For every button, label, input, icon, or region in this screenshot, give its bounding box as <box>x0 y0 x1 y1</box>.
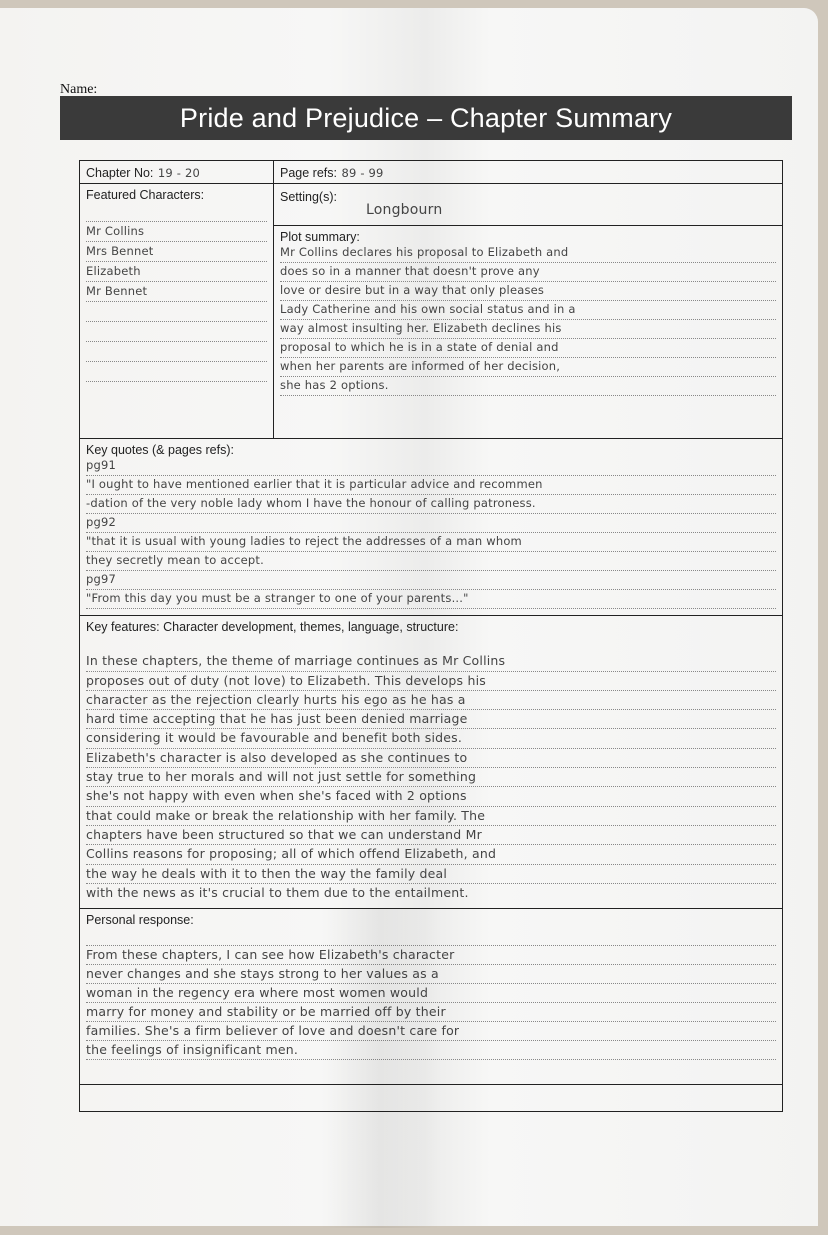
chapter-value[interactable]: 19 - 20 <box>158 166 200 180</box>
character-line[interactable]: Mr Collins <box>86 222 267 242</box>
worksheet-paper: Name: Pride and Prejudice – Chapter Summ… <box>0 8 818 1226</box>
key-features-label: Key features: Character development, the… <box>86 620 776 634</box>
characters-setting-plot-row: Featured Characters: Mr Collins Mrs Benn… <box>80 184 782 439</box>
character-line[interactable] <box>86 342 267 362</box>
chapter-label: Chapter No: <box>86 166 153 180</box>
feature-line[interactable]: character as the rejection clearly hurts… <box>86 691 776 710</box>
chapter-cell: Chapter No: 19 - 20 <box>80 161 274 183</box>
character-line[interactable]: Mrs Bennet <box>86 242 267 262</box>
key-quotes-section: Key quotes (& pages refs): pg91 "I ought… <box>80 439 782 616</box>
summary-form: Chapter No: 19 - 20 Page refs: 89 - 99 F… <box>79 160 783 1112</box>
feature-line[interactable]: Elizabeth's character is also developed … <box>86 749 776 768</box>
character-line[interactable]: Elizabeth <box>86 262 267 282</box>
plot-line[interactable]: love or desire but in a way that only pl… <box>280 282 776 301</box>
page-refs-cell: Page refs: 89 - 99 <box>274 161 782 183</box>
feature-line[interactable] <box>86 634 776 652</box>
response-line[interactable]: From these chapters, I can see how Eliza… <box>86 946 776 965</box>
page-refs-value[interactable]: 89 - 99 <box>341 166 383 180</box>
feature-line[interactable]: with the news as it's crucial to them du… <box>86 884 776 902</box>
quote-line[interactable]: pg92 <box>86 514 776 533</box>
plot-line[interactable]: she has 2 options. <box>280 377 776 396</box>
feature-line[interactable]: stay true to her morals and will not jus… <box>86 768 776 787</box>
personal-response-label: Personal response: <box>86 913 776 927</box>
feature-line[interactable]: Collins reasons for proposing; all of wh… <box>86 845 776 864</box>
plot-line[interactable]: way almost insulting her. Elizabeth decl… <box>280 320 776 339</box>
chapter-row: Chapter No: 19 - 20 Page refs: 89 - 99 <box>80 161 782 184</box>
quote-line[interactable]: -dation of the very noble lady whom I ha… <box>86 495 776 514</box>
quote-line[interactable]: "I ought to have mentioned earlier that … <box>86 476 776 495</box>
plot-summary-cell: Plot summary: Mr Collins declares his pr… <box>274 226 782 438</box>
quote-line[interactable]: "that it is usual with young ladies to r… <box>86 533 776 552</box>
character-line[interactable]: Mr Bennet <box>86 282 267 302</box>
feature-line[interactable]: she's not happy with even when she's fac… <box>86 787 776 806</box>
response-line[interactable] <box>86 1060 776 1078</box>
quote-line[interactable]: they secretly mean to accept. <box>86 552 776 571</box>
character-line[interactable] <box>86 362 267 382</box>
response-line[interactable]: marry for money and stability or be marr… <box>86 1003 776 1022</box>
character-line[interactable] <box>86 302 267 322</box>
key-quotes-label: Key quotes (& pages refs): <box>86 443 776 457</box>
quote-line[interactable]: pg97 <box>86 571 776 590</box>
response-line[interactable]: families. She's a firm believer of love … <box>86 1022 776 1041</box>
character-line[interactable] <box>86 322 267 342</box>
quote-line[interactable]: "From this day you must be a stranger to… <box>86 590 776 609</box>
featured-characters-cell: Featured Characters: Mr Collins Mrs Benn… <box>80 184 274 438</box>
feature-line[interactable]: hard time accepting that he has just bee… <box>86 710 776 729</box>
character-line[interactable] <box>86 202 267 222</box>
response-line[interactable]: woman in the regency era where most wome… <box>86 984 776 1003</box>
personal-response-section: Personal response: From these chapters, … <box>80 909 782 1085</box>
page-refs-label: Page refs: <box>280 166 337 180</box>
response-line[interactable]: never changes and she stays strong to he… <box>86 965 776 984</box>
featured-characters-label: Featured Characters: <box>86 188 267 202</box>
plot-line[interactable]: does so in a manner that doesn't prove a… <box>280 263 776 282</box>
setting-value[interactable]: Longbourn <box>366 202 442 218</box>
feature-line[interactable]: chapters have been structured so that we… <box>86 826 776 845</box>
feature-line[interactable]: considering it would be favourable and b… <box>86 729 776 748</box>
plot-line[interactable]: when her parents are informed of her dec… <box>280 358 776 377</box>
setting-cell: Setting(s): Longbourn <box>274 184 782 226</box>
feature-line[interactable]: In these chapters, the theme of marriage… <box>86 652 776 671</box>
worksheet-title: Pride and Prejudice – Chapter Summary <box>60 96 792 140</box>
quote-line[interactable]: pg91 <box>86 457 776 476</box>
setting-label: Setting(s): <box>280 190 337 204</box>
plot-line[interactable]: proposal to which he is in a state of de… <box>280 339 776 358</box>
response-line[interactable] <box>86 927 776 946</box>
feature-line[interactable]: the way he deals with it to then the way… <box>86 865 776 884</box>
plot-line[interactable]: Mr Collins declares his proposal to Eliz… <box>280 244 776 263</box>
key-features-section: Key features: Character development, the… <box>80 616 782 909</box>
plot-summary-label: Plot summary: <box>280 230 776 244</box>
setting-plot-column: Setting(s): Longbourn Plot summary: Mr C… <box>274 184 782 438</box>
blank-footer-box <box>80 1085 782 1111</box>
feature-line[interactable]: proposes out of duty (not love) to Eliza… <box>86 672 776 691</box>
feature-line[interactable]: that could make or break the relationshi… <box>86 807 776 826</box>
plot-line[interactable]: Lady Catherine and his own social status… <box>280 301 776 320</box>
response-line[interactable]: the feelings of insignificant men. <box>86 1041 776 1060</box>
